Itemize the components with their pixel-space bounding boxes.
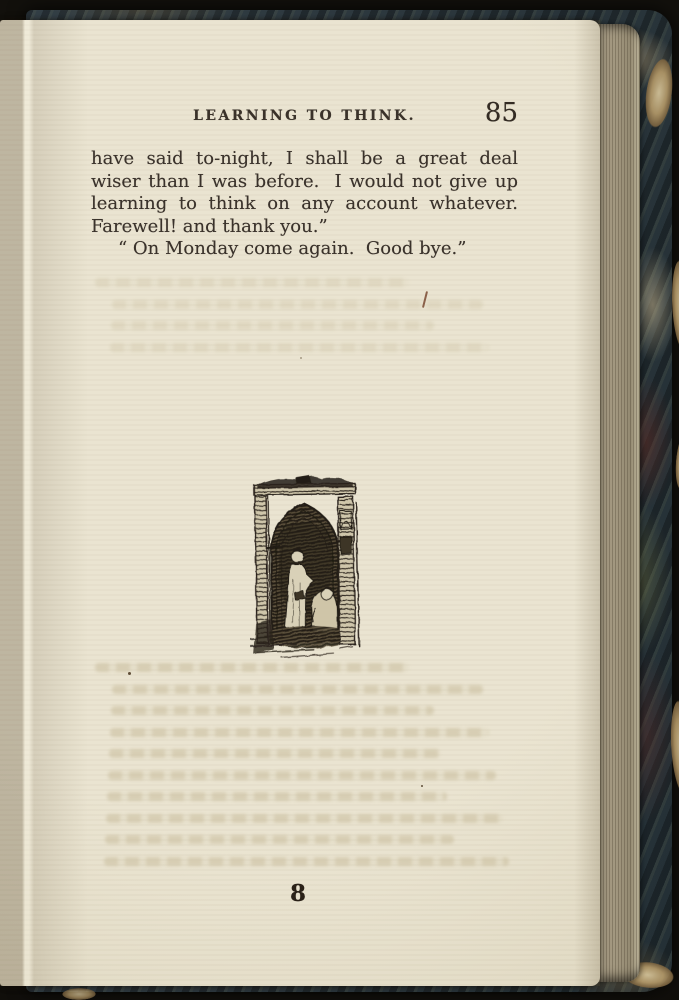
showthrough-line: [110, 343, 489, 352]
showthrough-line: [112, 685, 483, 694]
cover-wear-patch: [668, 699, 679, 795]
page-edges: [594, 24, 640, 982]
ink-speck: [421, 785, 423, 787]
showthrough-line: [106, 814, 503, 823]
gutter-shadow: [0, 20, 90, 986]
showthrough-line: [110, 728, 489, 737]
cover-wear-patch: [642, 57, 676, 130]
woodcut-gothic-doorway-svg: [248, 470, 369, 662]
showthrough-line: [95, 663, 409, 672]
showthrough-lower: [95, 663, 531, 878]
signature-mark: 8: [283, 880, 313, 907]
showthrough-line: [109, 749, 440, 758]
body-text: have said to-night, I shall be a great d…: [91, 148, 518, 261]
running-head: LEARNING TO THINK. 85: [91, 108, 518, 124]
book-page: LEARNING TO THINK. 85 have said to-night…: [0, 20, 600, 986]
woodcut-illustration: [248, 470, 369, 662]
ink-speck: [300, 357, 302, 359]
ink-speck: [128, 672, 131, 675]
showthrough-line: [111, 321, 434, 330]
fore-edge-shade: [574, 20, 600, 986]
scanned-book-photo: LEARNING TO THINK. 85 have said to-night…: [0, 0, 679, 1000]
showthrough-line: [105, 835, 454, 844]
showthrough-line: [112, 300, 483, 309]
showthrough-line: [111, 706, 434, 715]
showthrough-line: [104, 857, 509, 866]
body-line: Farewell! and thank you.”: [91, 216, 518, 239]
showthrough-line: [107, 792, 447, 801]
body-line: “ On Monday come again. Good bye.”: [91, 238, 518, 261]
cover-wear-patch: [673, 429, 679, 490]
showthrough-line: [108, 771, 496, 780]
body-line: wiser than I was before. I would not giv…: [91, 171, 518, 194]
woodcut-strokes: [248, 474, 360, 657]
body-line: have said to-night, I shall be a great d…: [91, 148, 518, 171]
folio-number: 85: [485, 98, 518, 128]
showthrough-upper: [95, 278, 531, 364]
cover-wear-patch: [62, 988, 96, 1000]
running-head-title: LEARNING TO THINK.: [193, 108, 416, 124]
showthrough-line: [95, 278, 409, 287]
body-line: learning to think on any account whateve…: [91, 193, 518, 216]
cover-wear-patch: [670, 260, 679, 351]
